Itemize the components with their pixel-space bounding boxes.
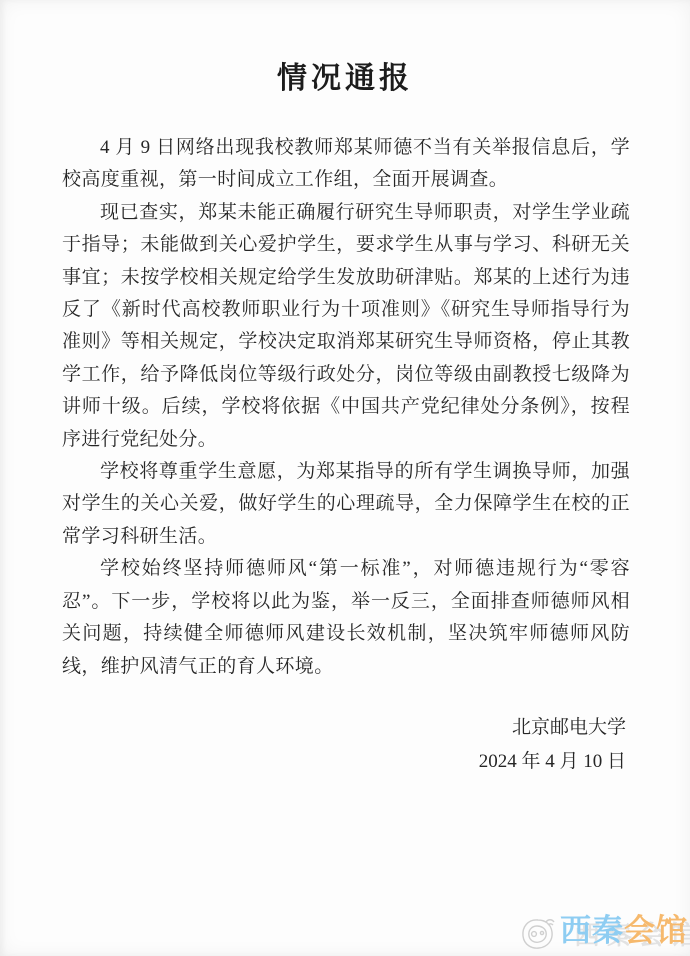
scanned-document-page: 情况通报 4 月 9 日网络出现我校教师郑某师德不当有关举报信息后，学校高度重视… (0, 0, 690, 956)
paragraph-commitment: 学校始终坚持师德师风“第一标准”，对师德违规行为“零容忍”。下一步，学校将以此为… (62, 553, 630, 683)
paragraph-student-support: 学校将尊重学生意愿，为郑某指导的所有学生调换导师，加强对学生的关心关爱，做好学生… (62, 456, 630, 553)
paragraph-findings: 现已查实，郑某未能正确履行研究生导师职责，对学生学业疏于指导；未能做到关心爱护学… (62, 197, 630, 456)
paragraph-intro: 4 月 9 日网络出现我校教师郑某师德不当有关举报信息后，学校高度重视，第一时间… (62, 132, 630, 197)
weibo-doodle-icon (518, 914, 558, 952)
signature-organization: 北京邮电大学 (0, 711, 626, 745)
watermark-text-blue: 西秦 (560, 913, 624, 948)
document-body: 4 月 9 日网络出现我校教师郑某师德不当有关举报信息后，学校高度重视，第一时间… (62, 132, 630, 683)
signature-date: 2024 年 4 月 10 日 (0, 745, 626, 779)
document-title: 情况通报 (0, 0, 690, 100)
signature-block: 北京邮电大学 2024 年 4 月 10 日 (0, 711, 626, 779)
watermark-text-orange: 会馆 (624, 913, 688, 948)
watermark-text: 西秦会馆 西秦会馆 (560, 910, 688, 952)
watermark: 西秦会馆 西秦会馆 (518, 900, 688, 952)
watermark-main-text: 西秦会馆 (560, 913, 688, 948)
